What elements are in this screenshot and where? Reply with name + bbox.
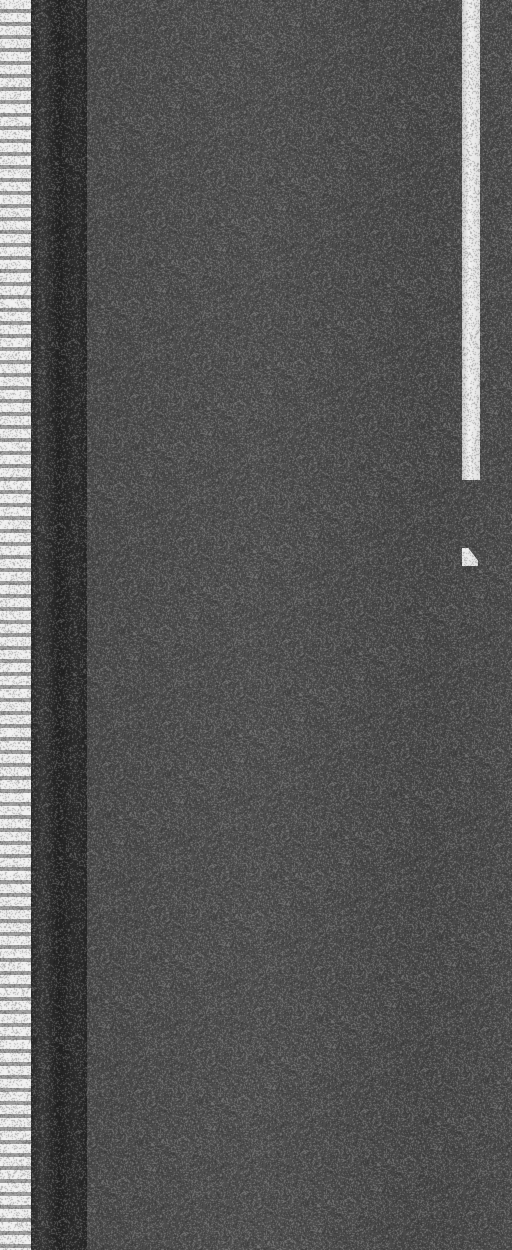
noise-texture xyxy=(0,0,512,1250)
road-aerial-view xyxy=(0,0,512,1250)
